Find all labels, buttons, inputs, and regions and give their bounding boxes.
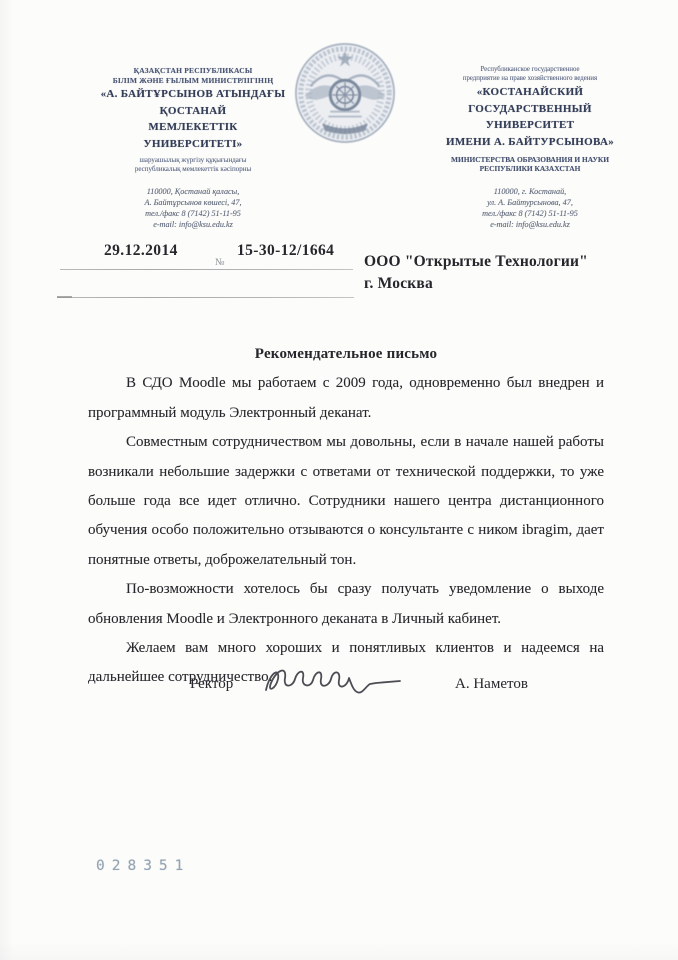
- issuer-block-kazakh: ҚАЗАҚСТАН РЕСПУБЛИКАСЫ БІЛІМ ЖӘНЕ ҒЫЛЫМ …: [84, 66, 302, 174]
- address-line: 110000, Қостанай қаласы,: [84, 186, 302, 197]
- issuer-org-name-line: ИМЕНИ А. БАЙТУРСЫНОВА»: [418, 136, 642, 150]
- letter-title: Рекомендательное письмо: [88, 340, 604, 369]
- addressee-city: г. Москва: [364, 273, 588, 295]
- letter-date: 29.12.2014: [104, 242, 178, 260]
- issuer-org-type-line: шаруашылық жүргізу құқығындағы: [84, 156, 302, 165]
- stamped-serial-number: 028351: [96, 858, 190, 874]
- issuer-org-type-line: предприятие на праве хозяйственного веде…: [418, 75, 642, 84]
- phone-line: тел./факс 8 (7142) 51-11-95: [84, 208, 302, 219]
- letter-paragraph: В СДО Moodle мы работаем с 2009 года, од…: [88, 369, 604, 428]
- handwritten-signature: [256, 656, 412, 706]
- issuer-ministry-line: МИНИСТЕРСТВА ОБРАЗОВАНИЯ И НАУКИ: [418, 155, 642, 164]
- address-line: ул. А. Байтурсынова, 47,: [418, 197, 642, 208]
- scan-artifact-mark: [57, 296, 72, 298]
- issuer-org-name-line: УНИВЕРСИТЕТ: [418, 119, 642, 133]
- kazakhstan-coat-of-arms-emblem: [291, 38, 399, 148]
- letter-reference-number: 15-30-12/1664: [237, 242, 334, 260]
- email-line: e-mail: info@ksu.edu.kz: [418, 219, 642, 230]
- scanned-letter-page: ҚАЗАҚСТАН РЕСПУБЛИКАСЫ БІЛІМ ЖӘНЕ ҒЫЛЫМ …: [0, 0, 678, 960]
- phone-line: тел./факс 8 (7142) 51-11-95: [418, 208, 642, 219]
- signer-name: А. Наметов: [455, 676, 528, 693]
- issuer-org-type-line: Республиканское государственное: [418, 66, 642, 75]
- issuer-org-type-line: республикалық мемлекеттік кәсіпорны: [84, 165, 302, 174]
- issuer-org-name-line: ҚОСТАНАЙ: [84, 105, 302, 119]
- issuer-address-russian: 110000, г. Костанай, ул. А. Байтурсынова…: [418, 186, 642, 230]
- addressee-block: ООО "Открытые Технологии" г. Москва: [364, 251, 588, 294]
- issuer-org-name-line: «КОСТАНАЙСКИЙ: [418, 86, 642, 100]
- letter-body: Рекомендательное письмо В СДО Moodle мы …: [88, 340, 604, 693]
- reference-underline-second: [57, 297, 354, 298]
- issuer-org-name-line: УНИВЕРСИТЕТІ»: [84, 138, 302, 152]
- issuer-org-name-line: ГОСУДАРСТВЕННЫЙ: [418, 103, 642, 117]
- letter-paragraph: По-возможности хотелось бы сразу получат…: [88, 575, 604, 634]
- issuer-country-line: ҚАЗАҚСТАН РЕСПУБЛИКАСЫ: [84, 66, 302, 76]
- letter-paragraph: Совместным сотрудничеством мы довольны, …: [88, 428, 604, 575]
- issuer-block-russian: Республиканское государственное предприя…: [418, 66, 642, 173]
- address-line: 110000, г. Костанай,: [418, 186, 642, 197]
- email-line: e-mail: info@ksu.edu.kz: [84, 219, 302, 230]
- issuer-ministry-line: БІЛІМ ЖӘНЕ ҒЫЛЫМ МИНИСТРЛІГІНІҢ: [84, 76, 302, 86]
- issuer-org-name-line: «А. БАЙТҰРСЫНОВ АТЫНДАҒЫ: [84, 88, 302, 102]
- issuer-org-name-line: МЕМЛЕКЕТТІК: [84, 121, 302, 135]
- numero-sign: №: [215, 257, 225, 268]
- addressee-company: ООО "Открытые Технологии": [364, 251, 588, 273]
- issuer-address-kazakh: 110000, Қостанай қаласы, А. Байтұрсынов …: [84, 186, 302, 230]
- reference-underline: [60, 269, 353, 270]
- issuer-ministry-line: РЕСПУБЛИКИ КАЗАХСТАН: [418, 164, 642, 173]
- address-line: А. Байтұрсынов көшесі, 47,: [84, 197, 302, 208]
- signer-role: Ректор: [190, 676, 233, 693]
